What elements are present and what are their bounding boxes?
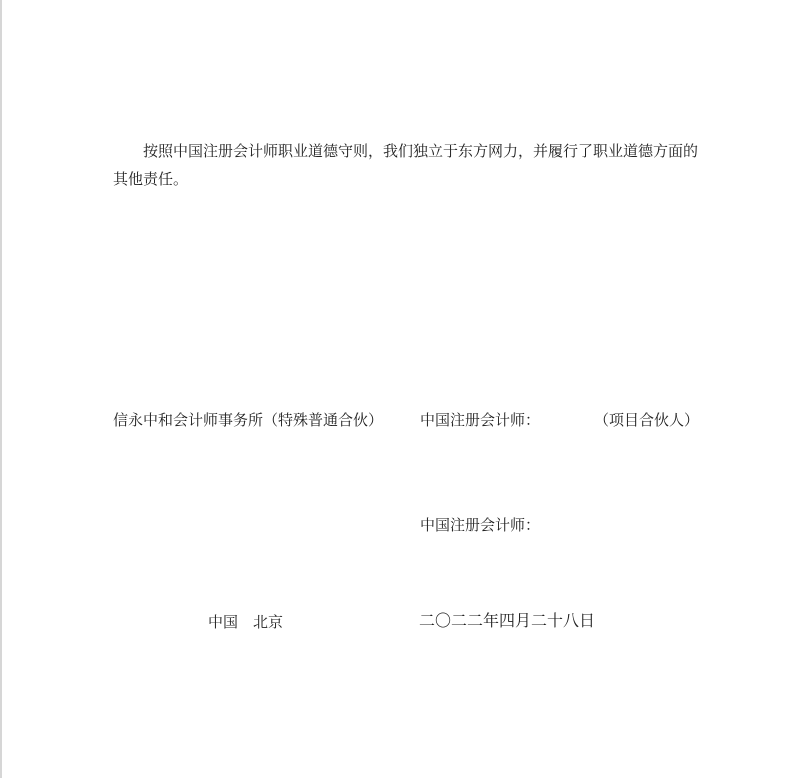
ethics-paragraph: 按照中国注册会计师职业道德守则，我们独立于东方网力，并履行了职业道德方面的 其他… [113, 137, 713, 193]
project-partner-note: （项目合伙人） [594, 412, 699, 428]
report-location: 中国 北京 [208, 614, 283, 630]
cpa-signature-label-2: 中国注册会计师： [420, 517, 540, 533]
ethics-paragraph-line-2: 其他责任。 [113, 165, 713, 193]
ethics-paragraph-line-1: 按照中国注册会计师职业道德守则，我们独立于东方网力，并履行了职业道德方面的 [113, 137, 713, 165]
report-date: 二〇二二年四月二十八日 [419, 613, 595, 629]
cpa-signature-label-1: 中国注册会计师： [420, 412, 540, 428]
page-left-edge-divider [0, 0, 2, 778]
document-page: 按照中国注册会计师职业道德守则，我们独立于东方网力，并履行了职业道德方面的 其他… [0, 0, 801, 778]
accounting-firm-name: 信永中和会计师事务所（特殊普通合伙） [113, 412, 383, 428]
